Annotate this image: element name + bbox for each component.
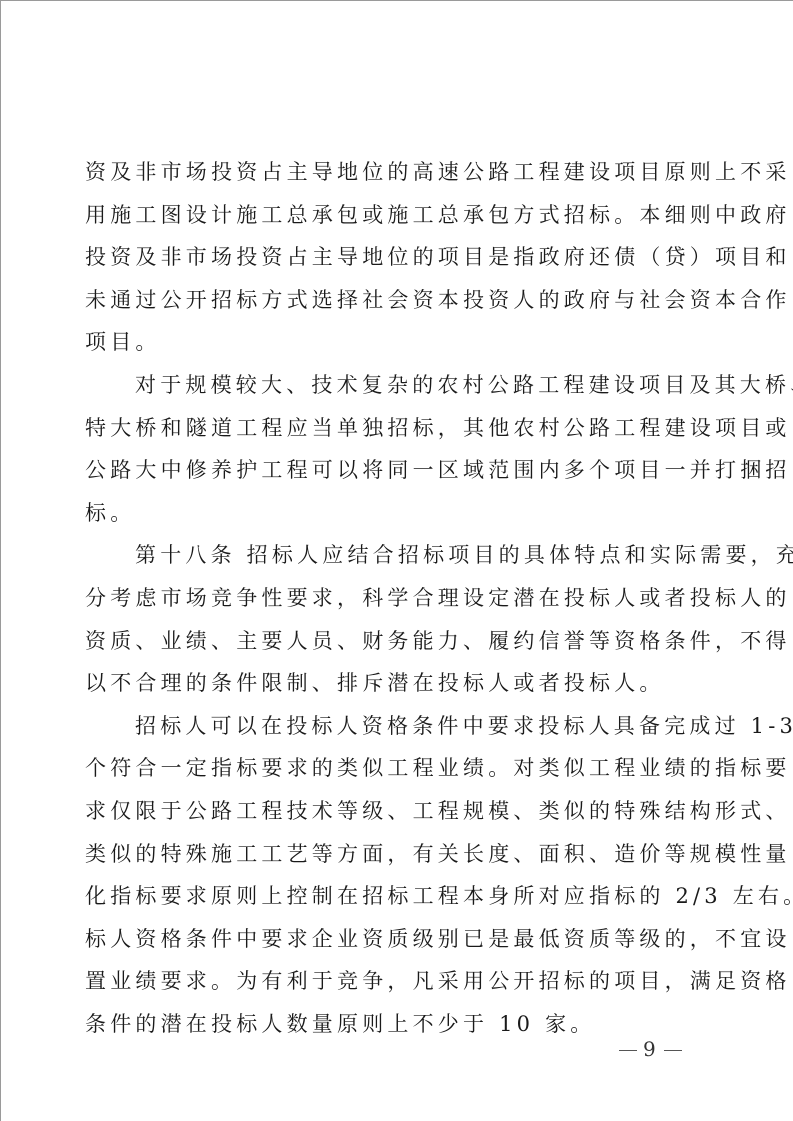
- text-line: 用施工图设计施工总承包或施工总承包方式招标。本细则中政府: [85, 194, 697, 237]
- document-page: 资及非市场投资占主导地位的高速公路工程建设项目原则上不采 用施工图设计施工总承包…: [0, 0, 793, 1121]
- text-line: 以不合理的条件限制、排斥潜在投标人或者投标人。: [85, 662, 697, 705]
- text-line: 置业绩要求。为有利于竞争，凡采用公开招标的项目，满足资格: [85, 960, 697, 1003]
- text-line: 求仅限于公路工程技术等级、工程规模、类似的特殊结构形式、: [85, 790, 697, 833]
- text-line: 标。: [85, 492, 697, 535]
- text-line: 标人资格条件中要求企业资质级别已是最低资质等级的，不宜设: [85, 918, 697, 961]
- text-line: 未通过公开招标方式选择社会资本投资人的政府与社会资本合作: [85, 279, 697, 322]
- text-line: 特大桥和隧道工程应当单独招标，其他农村公路工程建设项目或: [85, 407, 697, 450]
- text-line: 第十八条 招标人应结合招标项目的具体特点和实际需要，充: [85, 534, 697, 577]
- text-line: 类似的特殊施工工艺等方面，有关长度、面积、造价等规模性量: [85, 833, 697, 876]
- text-line: 招标人可以在投标人资格条件中要求投标人具备完成过 1-3: [85, 705, 697, 748]
- page-number: 9: [613, 1037, 688, 1061]
- text-line: 化指标要求原则上控制在招标工程本身所对应指标的 2/3 左右。投: [85, 875, 697, 918]
- text-line: 项目。: [85, 321, 697, 364]
- text-line: 条件的潜在投标人数量原则上不少于 10 家。: [85, 1003, 697, 1046]
- text-line: 对于规模较大、技术复杂的农村公路工程建设项目及其大桥、: [85, 364, 697, 407]
- dash-left: [619, 1050, 637, 1052]
- text-line: 公路大中修养护工程可以将同一区域范围内多个项目一并打捆招: [85, 449, 697, 492]
- text-line: 资及非市场投资占主导地位的高速公路工程建设项目原则上不采: [85, 151, 697, 194]
- text-line: 资质、业绩、主要人员、财务能力、履约信誉等资格条件，不得: [85, 620, 697, 663]
- text-line: 分考虑市场竞争性要求，科学合理设定潜在投标人或者投标人的: [85, 577, 697, 620]
- body-text: 资及非市场投资占主导地位的高速公路工程建设项目原则上不采 用施工图设计施工总承包…: [85, 151, 697, 1045]
- text-line: 投资及非市场投资占主导地位的项目是指政府还债（贷）项目和: [85, 236, 697, 279]
- text-line: 个符合一定指标要求的类似工程业绩。对类似工程业绩的指标要: [85, 747, 697, 790]
- page-number-value: 9: [643, 1037, 658, 1061]
- dash-right: [664, 1050, 682, 1052]
